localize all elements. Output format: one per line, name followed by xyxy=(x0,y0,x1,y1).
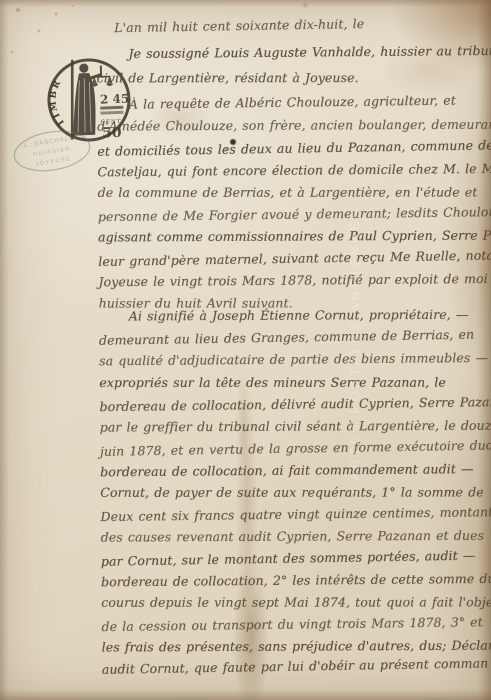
manuscript-line: L'an mil huit cent soixante dix-huit, le xyxy=(114,16,364,35)
manuscript-line: À la requête de Albéric Choulouze, agric… xyxy=(129,93,456,112)
manuscript-line: courus depuis le vingt sept Mai 1874, to… xyxy=(101,594,491,609)
manuscript-line: et domiciliés tous les deux au lieu du P… xyxy=(97,137,491,159)
manuscript-line: d'Amédée Choulouze, son frère, ancien bo… xyxy=(97,117,491,134)
manuscript-line: leur grand'père maternel, suivant acte r… xyxy=(98,247,491,269)
manuscript-line: Joyeuse le vingt trois Mars 1878, notifi… xyxy=(98,271,487,289)
manuscript-line: expropriés sur la tête des mineurs Serre… xyxy=(99,375,446,390)
manuscript-text-layer: L'an mil huit cent soixante dix-huit, le… xyxy=(0,0,491,700)
manuscript-line: sa qualité d'adjudicataire de partie des… xyxy=(99,350,488,368)
manuscript-line: bordereau de collocation, délivré audit … xyxy=(99,394,491,414)
manuscript-line: bordereau de collocation, ai fait comman… xyxy=(100,461,474,479)
manuscript-line: Casteljau, qui font encore élection de d… xyxy=(97,161,491,180)
manuscript-line: Ai signifié à Joseph Étienne Cornut, pro… xyxy=(129,307,469,324)
manuscript-line: juin 1878, et en vertu de la grosse en f… xyxy=(100,437,491,459)
manuscript-line: de la cession ou transport du vingt troi… xyxy=(101,614,483,634)
manuscript-line: personne de Me Forgier avoué y demeurant… xyxy=(98,204,491,224)
manuscript-line: civil de Largentière, résidant à Joyeuse… xyxy=(97,70,359,85)
manuscript-line: audit Cornut, que faute par lui d'obéir … xyxy=(102,655,489,676)
manuscript-line: les frais des présentes, sans préjudice … xyxy=(102,637,491,654)
manuscript-line: agissant comme commissionnaires de Paul … xyxy=(98,227,491,244)
manuscript-line: des causes revenant audit Cyprien, Serre… xyxy=(101,528,484,545)
manuscript-line: par le greffier du tribunal civil séant … xyxy=(100,418,491,435)
manuscript-line: de la commune de Berrias, et à Largentiè… xyxy=(98,184,478,199)
manuscript-line: bordereau de collocation, 2° les intérêt… xyxy=(101,571,491,590)
manuscript-line: Deux cent six francs quatre vingt quinze… xyxy=(100,504,491,524)
manuscript-line: par Cornut, sur le montant des sommes po… xyxy=(101,548,476,569)
manuscript-page: TIMBRE 2 45 CENT 50 xyxy=(0,0,491,700)
manuscript-line: demeurant au lieu des Granges, commune d… xyxy=(99,327,474,348)
manuscript-line: Cornut, de payer de suite aux requérants… xyxy=(100,484,483,499)
manuscript-line: Je soussigné Louis Auguste Vanhalde, hui… xyxy=(128,43,491,61)
